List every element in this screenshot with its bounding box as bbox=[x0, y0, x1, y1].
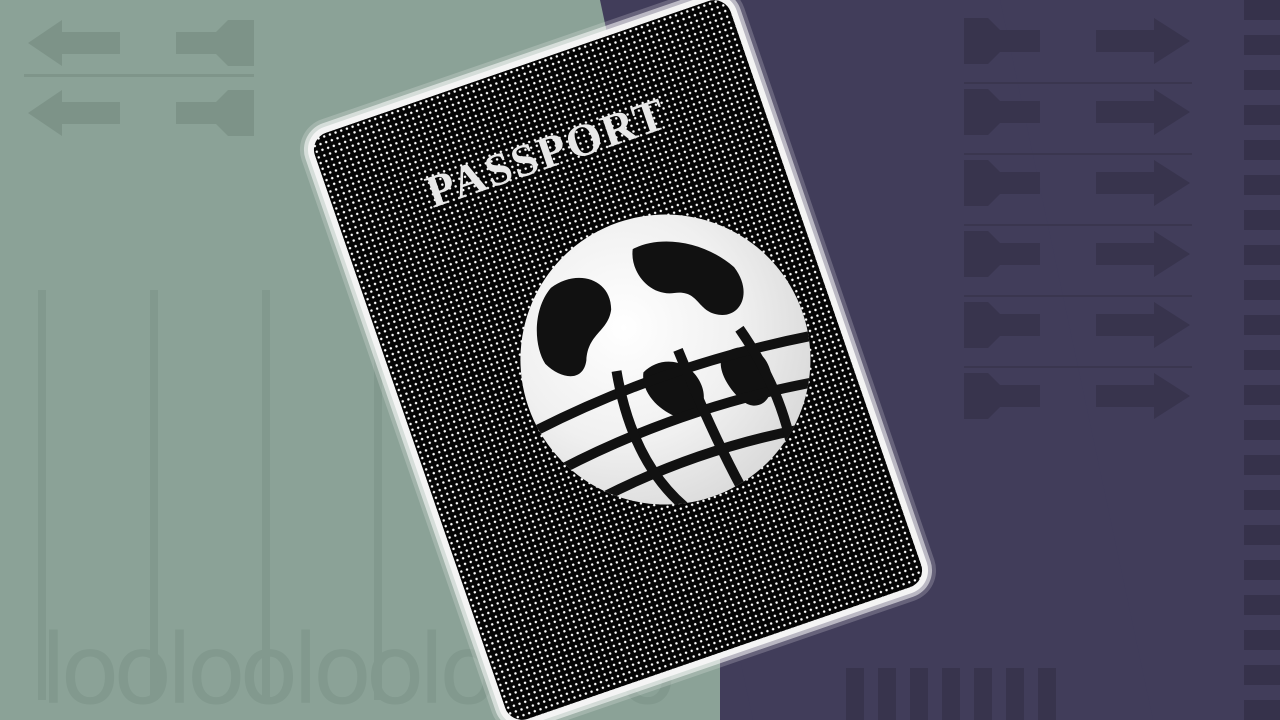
right-arrow-row bbox=[964, 14, 1192, 84]
bottom-bar bbox=[942, 668, 960, 720]
plug-icon bbox=[964, 18, 1040, 64]
stripe bbox=[1244, 525, 1280, 545]
right-arrow-row bbox=[964, 156, 1192, 226]
stripe bbox=[1244, 175, 1280, 195]
plug-icon bbox=[176, 20, 254, 66]
stripe bbox=[1244, 560, 1280, 580]
stripe bbox=[1244, 385, 1280, 405]
arrow-left-icon bbox=[28, 90, 120, 136]
right-arrow-row bbox=[964, 85, 1192, 155]
stripe bbox=[1244, 665, 1280, 685]
plug-icon bbox=[964, 89, 1040, 135]
passport-illustration: PASSPORT bbox=[318, 10, 878, 710]
left-arrow-row bbox=[24, 18, 254, 70]
bottom-bar bbox=[878, 668, 896, 720]
plug-icon bbox=[176, 90, 254, 136]
arrow-right-icon bbox=[1096, 89, 1190, 135]
plug-icon bbox=[964, 373, 1040, 419]
plug-icon bbox=[964, 231, 1040, 277]
stripe bbox=[1244, 350, 1280, 370]
arrow-right-icon bbox=[1096, 160, 1190, 206]
bottom-bar bbox=[1006, 668, 1024, 720]
stripe bbox=[1244, 0, 1280, 20]
stripe bbox=[1244, 420, 1280, 440]
stripe bbox=[1244, 210, 1280, 230]
plug-icon bbox=[964, 302, 1040, 348]
right-arrow-row bbox=[964, 369, 1192, 437]
plug-icon bbox=[964, 160, 1040, 206]
stripe bbox=[1244, 280, 1280, 300]
globe-icon bbox=[481, 175, 850, 544]
stripe bbox=[1244, 630, 1280, 650]
left-arrow-row bbox=[24, 88, 254, 140]
stripe bbox=[1244, 140, 1280, 160]
stripe bbox=[1244, 455, 1280, 475]
stripe bbox=[1244, 595, 1280, 615]
arrow-left-icon bbox=[28, 20, 120, 66]
stripe bbox=[1244, 490, 1280, 510]
arrow-right-icon bbox=[1096, 18, 1190, 64]
stripe bbox=[1244, 700, 1280, 720]
right-arrow-row bbox=[964, 298, 1192, 368]
stripe bbox=[1244, 315, 1280, 335]
right-arrow-panel bbox=[964, 14, 1192, 438]
bottom-bar bbox=[1038, 668, 1056, 720]
stripe bbox=[1244, 245, 1280, 265]
stripe bbox=[1244, 35, 1280, 55]
right-arrow-row bbox=[964, 227, 1192, 297]
left-arrow-panel bbox=[24, 18, 254, 158]
arrow-right-icon bbox=[1096, 231, 1190, 277]
stripe bbox=[1244, 70, 1280, 90]
arrow-right-icon bbox=[1096, 302, 1190, 348]
globe-grid bbox=[481, 175, 850, 544]
passport-cover: PASSPORT bbox=[309, 0, 927, 720]
stripe-column bbox=[1244, 0, 1280, 720]
bottom-bar bbox=[974, 668, 992, 720]
bottom-bars bbox=[846, 668, 1066, 720]
stripe bbox=[1244, 105, 1280, 125]
arrow-right-icon bbox=[1096, 373, 1190, 419]
divider-line bbox=[24, 74, 254, 77]
bottom-bar bbox=[910, 668, 928, 720]
